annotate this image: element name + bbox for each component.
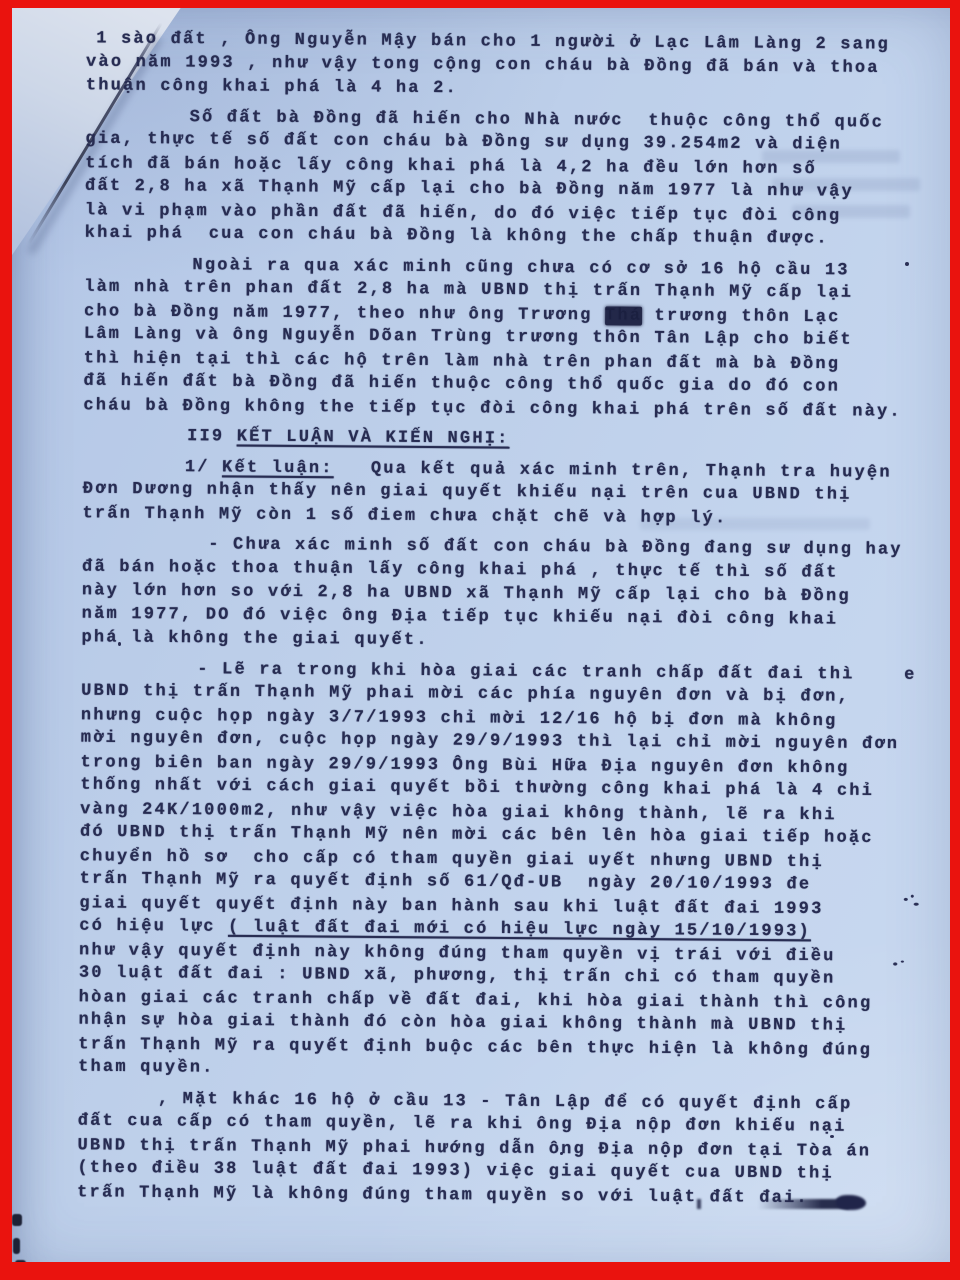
text-segment: nhưng cuộc họp ngày 3/7/1993 chỉ mời 12/… xyxy=(81,706,838,731)
text-segment: giai quyết quyết định này ban hành sau k… xyxy=(79,894,823,919)
text-segment: hòan giai các tranh chấp về đất đai, khi… xyxy=(79,988,873,1013)
text-segment: UBND thị trấn Thạnh Mỹ phai hướng dẫn ôn… xyxy=(77,1136,871,1161)
text-segment: - Lẽ ra trong khi hòa giai các tranh chấ… xyxy=(197,660,916,685)
text-segment: khai phá cua con cháu bà Đồng là không t… xyxy=(85,224,829,249)
ink-speck xyxy=(13,1238,20,1254)
text-segment: nhận sự hòa giai thành đó còn hòa giai k… xyxy=(78,1011,847,1036)
paragraph: Ngoài ra qua xác minh cũng chưa có cơ sở… xyxy=(83,252,912,423)
ink-speck xyxy=(12,1214,22,1226)
page-number: - 3 - xyxy=(0,0,960,14)
text-segment: này lớn hơn so với 2,8 ha UBND xã Thạnh … xyxy=(82,581,851,606)
text-segment: II9 xyxy=(187,427,237,446)
overstruck-text: Thá xyxy=(605,306,642,325)
underlined-text: KẾT LUẬN VÀ KIẾN NGHỊ: xyxy=(237,427,510,448)
text-segment: gia, thực tế số đất con cháu bà Đồng sư … xyxy=(85,130,842,155)
ink-speck xyxy=(15,1260,26,1269)
text-segment: tham quyền. xyxy=(78,1058,215,1078)
text-segment: thì hiện tại thì các hộ trên làm nhà trê… xyxy=(84,349,841,374)
text-segment: (theo điều 38 luật đất đai 1993) việc gi… xyxy=(77,1159,834,1184)
text-segment: tích đã bán hoặc lấy công khai phá là 4,… xyxy=(85,154,817,179)
text-segment: vàng 24K/1000m2, như vậy việc hòa giai k… xyxy=(80,800,837,825)
text-segment: 30 luật đất đai : UBND xã, phương, thị t… xyxy=(79,964,836,989)
text-segment: cháu bà Đồng không the tiếp tục đòi công… xyxy=(83,396,902,421)
text-segment: Đơn Dương nhận thấy nên giai quyết khiếu… xyxy=(83,480,852,505)
text-segment: phá là không the giai quyết. xyxy=(81,628,428,650)
text-segment: trấn Thạnh Mỹ là không đúng tham quyền s… xyxy=(77,1183,809,1208)
text-segment: làm nhà trên phan đất 2,8 ha mà UBND thị… xyxy=(84,278,853,303)
text-segment: chuyển hồ sơ cho cấp có tham quyền giai … xyxy=(80,847,824,872)
underlined-text: Kết luận: xyxy=(222,458,334,478)
text-segment: cho bà Đồng năm 1977, theo như ông Trươn… xyxy=(84,302,605,325)
paragraph: 1 sào đất , Ông Nguyễn Mậy bán cho 1 ngư… xyxy=(86,27,915,104)
text-segment: 1 sào đất , Ông Nguyễn Mậy bán cho 1 ngư… xyxy=(96,29,890,54)
paragraph: - Lẽ ra trong khi hòa giai các tranh chấ… xyxy=(78,656,909,1085)
text-segment: đất 2,8 ha xã Thạnh Mỹ cấp lại cho bà Đồ… xyxy=(85,177,854,202)
text-segment: 1/ xyxy=(185,458,222,477)
underlined-text: ( luật đất đai mới có hiệu lực ngày 15/1… xyxy=(228,918,811,942)
text-segment: đã hiến đất bà Đồng đã hiến thuộc công t… xyxy=(83,372,840,397)
text-segment: có hiệu lực xyxy=(79,917,228,937)
text-segment: Qua kết quả xác minh trên, Thạnh tra huy… xyxy=(334,459,892,482)
text-segment: UBND thị trấn Thạnh Mỹ phai mời các phía… xyxy=(81,682,850,707)
text-segment: trấn Thạnh Mỹ còn 1 số điem chưa chặt ch… xyxy=(82,504,727,528)
text-segment: trương thôn Lạc xyxy=(642,306,841,327)
text-segment: là vi phạm vào phần đất đã hiến, do đó v… xyxy=(85,201,842,226)
text-segment: Số đất bà Đồng đã hiến cho Nhà nước thuộ… xyxy=(190,108,885,132)
text-segment: Lâm Làng và ông Nguyễn Dõan Trùng trương… xyxy=(84,325,853,350)
scanned-document-page: - 3 - 1 sào đất , Ông Nguyễn Mậy bán cho… xyxy=(0,0,960,1280)
text-line: II9 KẾT LUẬN VÀ KIẾN NGHỊ: xyxy=(83,424,911,454)
text-segment: đã bán hoặc thoa thuận lấy công khai phá… xyxy=(82,557,839,582)
text-segment: trong biên ban ngày 29/9/1993 Ông Bùi Hữ… xyxy=(80,753,849,778)
section-heading: II9 KẾT LUẬN VÀ KIẾN NGHỊ: xyxy=(83,424,911,454)
text-segment: Ngoài ra qua xác minh cũng chưa có cơ sở… xyxy=(192,256,849,280)
paragraph: Số đất bà Đồng đã hiến cho Nhà nước thuộ… xyxy=(85,104,914,251)
text-segment: như vậy quyết định này không đúng tham q… xyxy=(79,941,836,966)
document-body: 1 sào đất , Ông Nguyễn Mậy bán cho 1 ngư… xyxy=(77,27,914,1210)
text-segment: , Mặt khác 16 hộ ở cầu 13 - Tân Lập để c… xyxy=(158,1089,853,1113)
text-segment: trấn Thạnh Mỹ ra quyết định buộc các bên… xyxy=(78,1035,872,1060)
text-segment: năm 1977, DO đó việc ông Địa tiếp tục kh… xyxy=(82,604,839,629)
paragraph: - Chưa xác minh số đất con cháu bà Đồng … xyxy=(81,532,910,656)
paragraph: 1/ Kết luận: Qua kết quả xác minh trên, … xyxy=(82,454,911,531)
text-segment: đất cua cấp có tham quyền, lẽ ra khi ông… xyxy=(78,1112,847,1137)
text-segment: trấn Thạnh Mỹ ra quyết định số 61/Qđ-UB … xyxy=(80,870,812,895)
text-segment: thuận công khai phá là 4 ha 2. xyxy=(86,76,458,98)
paragraph: , Mặt khác 16 hộ ở cầu 13 - Tân Lập để c… xyxy=(77,1086,906,1210)
text-segment: - Chưa xác minh số đất con cháu bà Đồng … xyxy=(208,535,903,559)
